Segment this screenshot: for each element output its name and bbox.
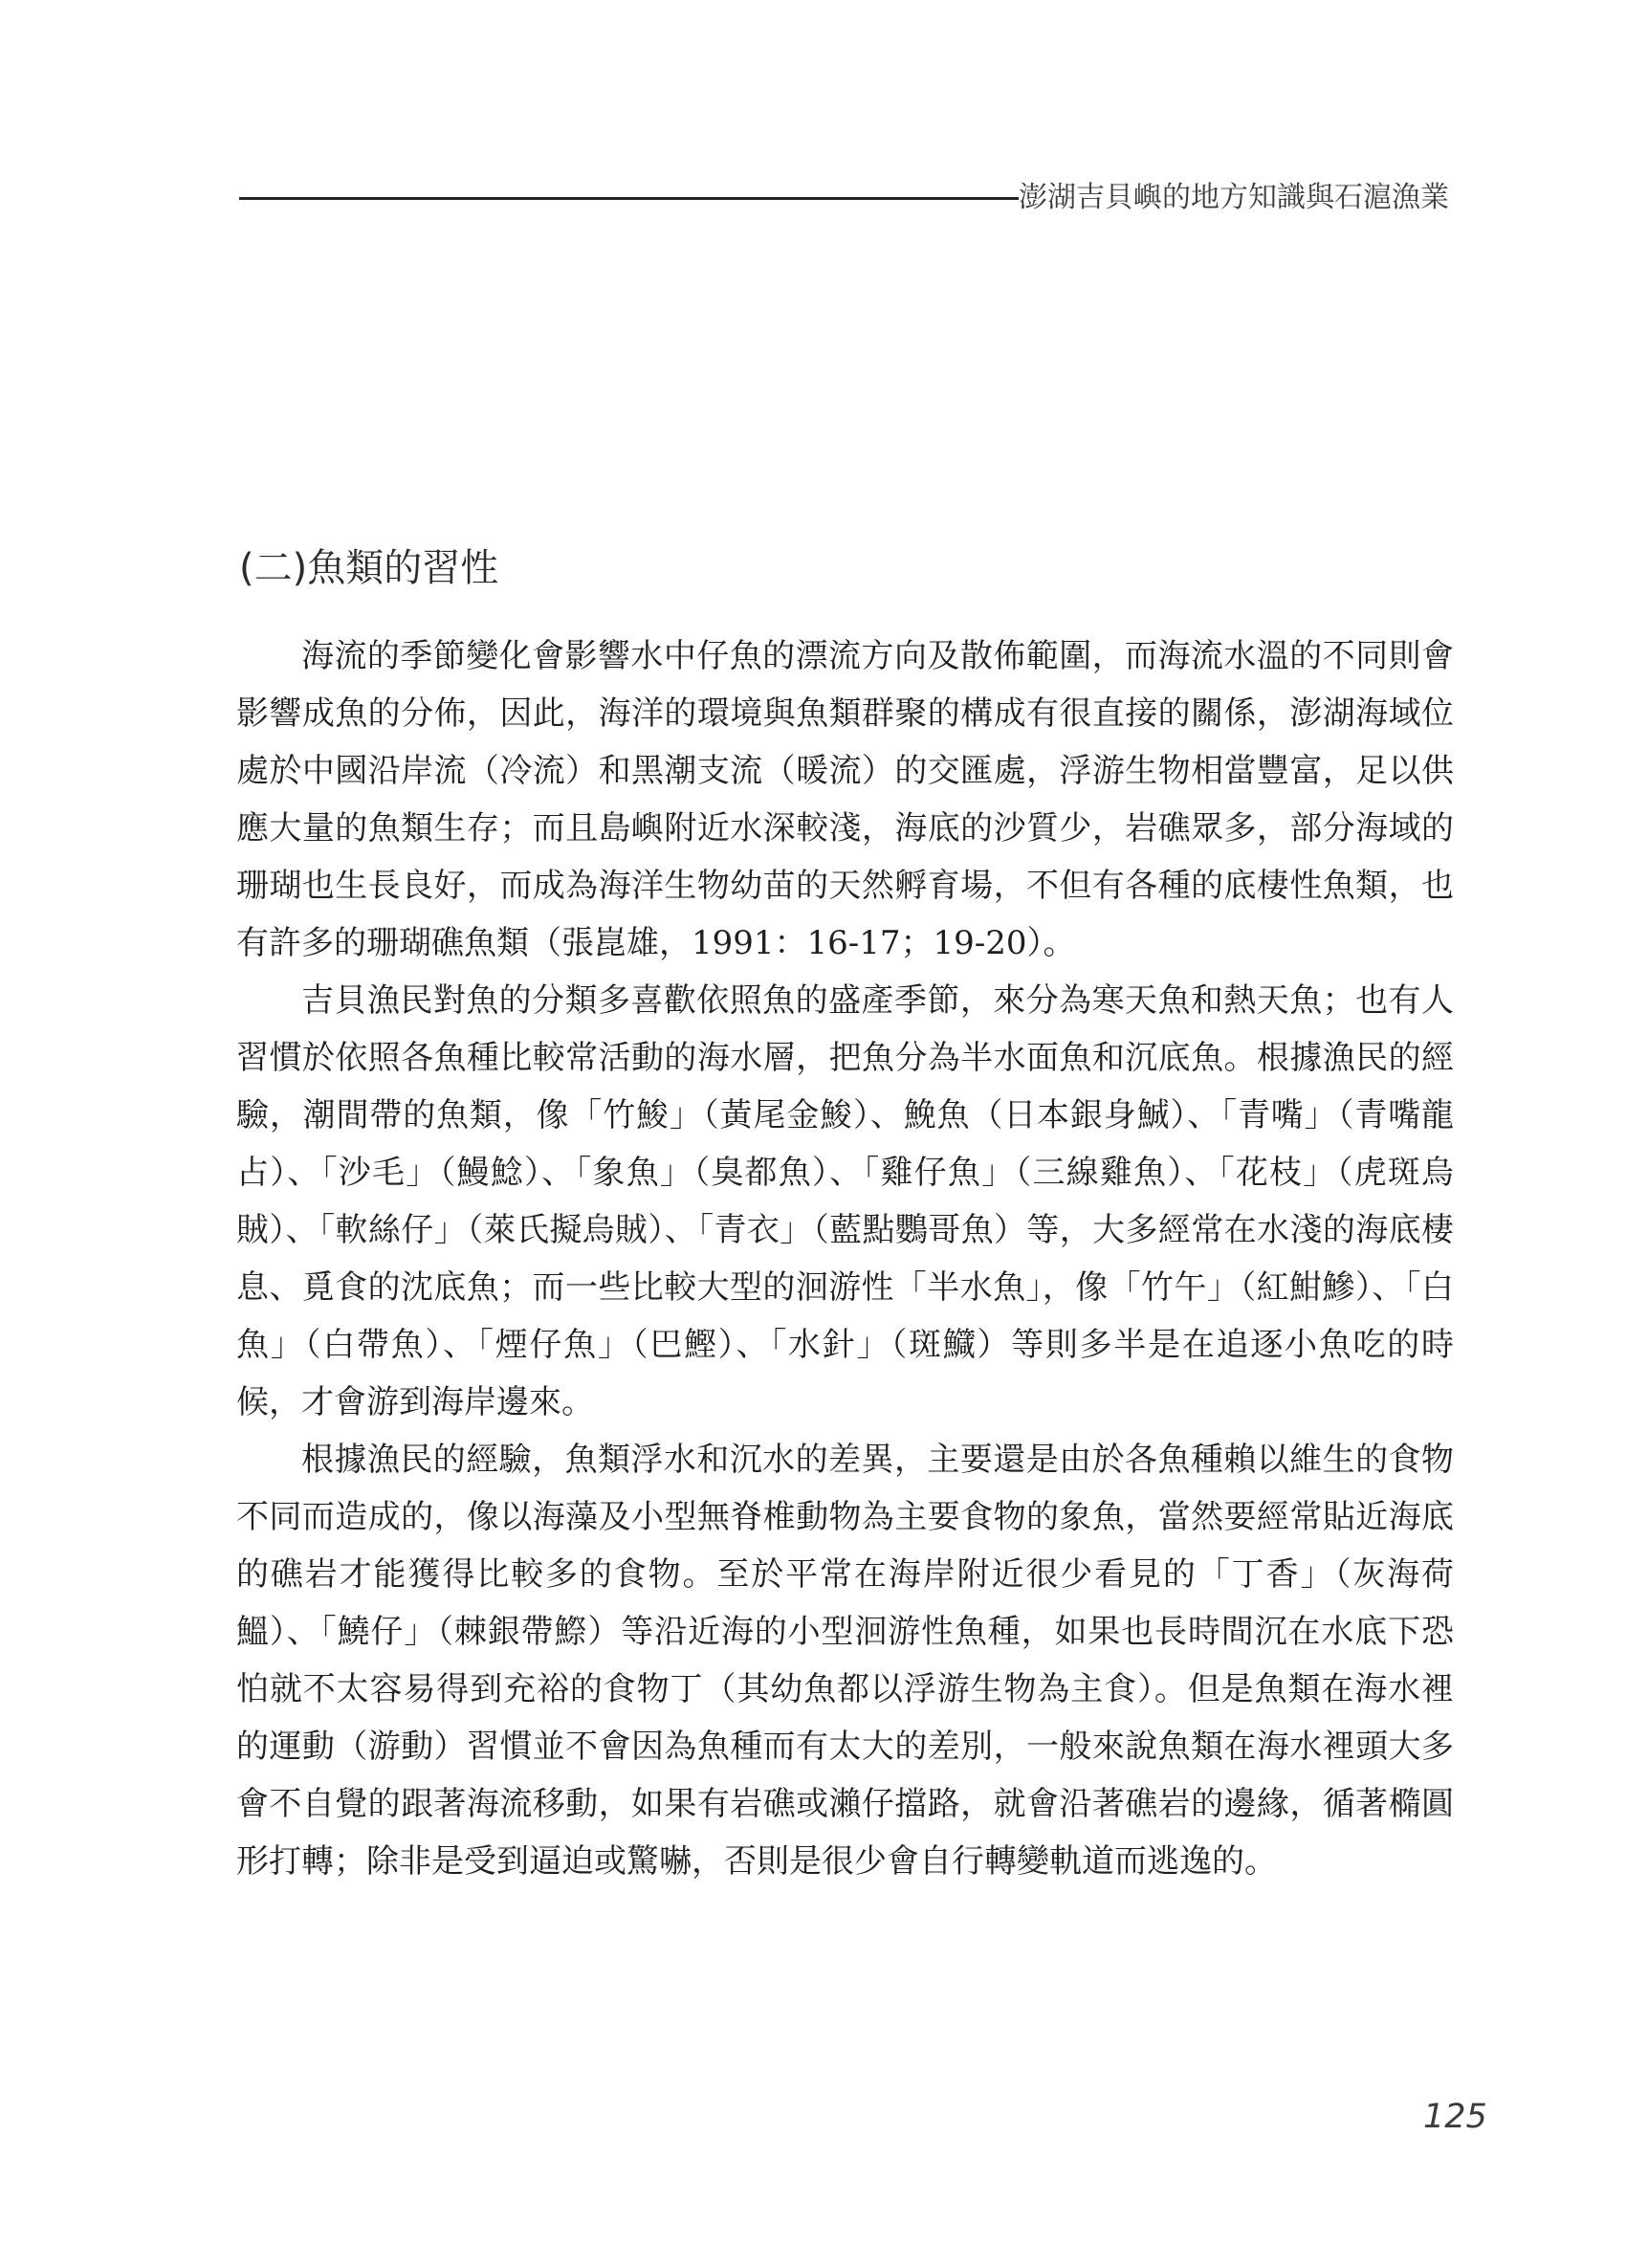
running-header-title: 澎湖吉貝嶼的地方知識與石滬漁業 (1014, 181, 1449, 215)
body-text: 海流的季節變化會影響水中仔魚的漂流方向及散佈範圍，而海流水溫的不同則會影響成魚的… (236, 628, 1454, 1890)
body-paragraph-2: 吉貝漁民對魚的分類多喜歡依照魚的盛產季節，來分為寒天魚和熱天魚；也有人習慣於依照… (236, 972, 1454, 1431)
body-paragraph-3: 根據漁民的經驗，魚類浮水和沉水的差異，主要還是由於各魚種賴以維生的食物不同而造成… (236, 1431, 1454, 1890)
book-page: 澎湖吉貝嶼的地方知識與石滬漁業 (二)魚類的習性 海流的季節變化會影響水中仔魚的… (0, 0, 1626, 2268)
header-rule (239, 197, 1019, 200)
section-heading: (二)魚類的習性 (239, 545, 498, 591)
body-paragraph-1: 海流的季節變化會影響水中仔魚的漂流方向及散佈範圍，而海流水溫的不同則會影響成魚的… (236, 628, 1454, 972)
page-number: 125 (1423, 2098, 1487, 2136)
